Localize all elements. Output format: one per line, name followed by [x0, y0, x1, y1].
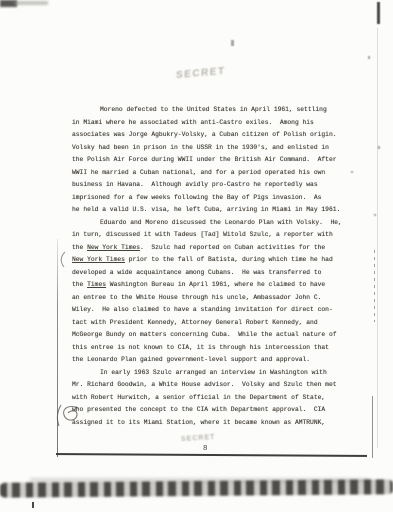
doc-line: Eduardo and Moreno discussed the Leonard…: [100, 217, 357, 230]
doc-line: an entree to the White House through his…: [72, 292, 357, 305]
copy-mark-top-right: [377, 2, 380, 24]
doc-line: McGeorge Bundy on matters concerning Cub…: [72, 329, 357, 342]
doc-line: the New York Times. Szulc had reported o…: [72, 242, 357, 255]
doc-line: New York Times prior to the fall of Bati…: [72, 254, 357, 267]
doc-line: Moreno defected to the United States in …: [100, 104, 357, 117]
doc-line: associates was Jorge Agbukry-Volsky, a C…: [72, 129, 357, 142]
page-frame-bottom: [56, 453, 367, 457]
doc-line: the Times Washington Bureau in April 196…: [72, 279, 357, 292]
scan-tick-bottom-left: [32, 502, 34, 508]
scan-speck: [378, 146, 380, 149]
page-frame-right: [372, 396, 373, 458]
doc-line: the Leonardo Plan gained government-leve…: [72, 354, 357, 367]
document-text: Moreno defected to the United States in …: [72, 104, 357, 429]
doc-line: imprisoned for a few weeks following the…: [72, 192, 357, 205]
doc-line: WWII he married a Cuban national, and fo…: [72, 167, 357, 180]
doc-line: In early 1963 Szulc arranged an intervie…: [100, 367, 357, 380]
doc-line: assigned it to its Miami Station, where …: [72, 417, 357, 430]
doc-line: this entree is not known to CIA, it is t…: [72, 342, 357, 355]
doc-line: in turn, discussed it with Tadeus [Tad] …: [72, 229, 357, 242]
pencil-paren-mark: [55, 250, 69, 270]
scanned-document-page: SECRET SECRET 8 Moreno defected to the U…: [0, 0, 393, 512]
doc-line: in Miami where he associated with anti-C…: [72, 117, 357, 130]
page-edge-line-right: [377, 28, 378, 448]
doc-line: Wiley. He also claimed to have a standin…: [72, 304, 357, 317]
doc-line: the Polish Air Force during WWII under t…: [72, 154, 357, 167]
doc-line: developed a wide acquaintance among Cuba…: [72, 267, 357, 280]
scan-speck: [231, 40, 234, 46]
page-number: 8: [203, 445, 208, 453]
classification-stamp-bottom: SECRET: [181, 434, 216, 443]
classification-stamp-top: SECRET: [176, 66, 226, 81]
doc-line: Volsky had been in prison in the USSR in…: [72, 142, 357, 155]
doc-line: tact with President Kennedy, Attorney Ge…: [72, 317, 357, 330]
doc-line: Mr. Richard Goodwin, a White House advis…: [72, 379, 357, 392]
scan-speck: [374, 214, 376, 216]
dashed-edge-mark-right: [374, 250, 375, 322]
copy-smudge-top-left-tail: [14, 1, 48, 5]
doc-line: with Robert Hurwitch, a senior official …: [72, 392, 357, 405]
scan-speck: [368, 56, 370, 59]
doc-line: who presented the concept to the CIA wit…: [72, 404, 357, 417]
scan-smear-band: [0, 479, 393, 497]
doc-line: business in Havana. Although avidly pro-…: [72, 179, 357, 192]
doc-line: he held a valid U.S. visa, he left Cuba,…: [72, 204, 357, 217]
